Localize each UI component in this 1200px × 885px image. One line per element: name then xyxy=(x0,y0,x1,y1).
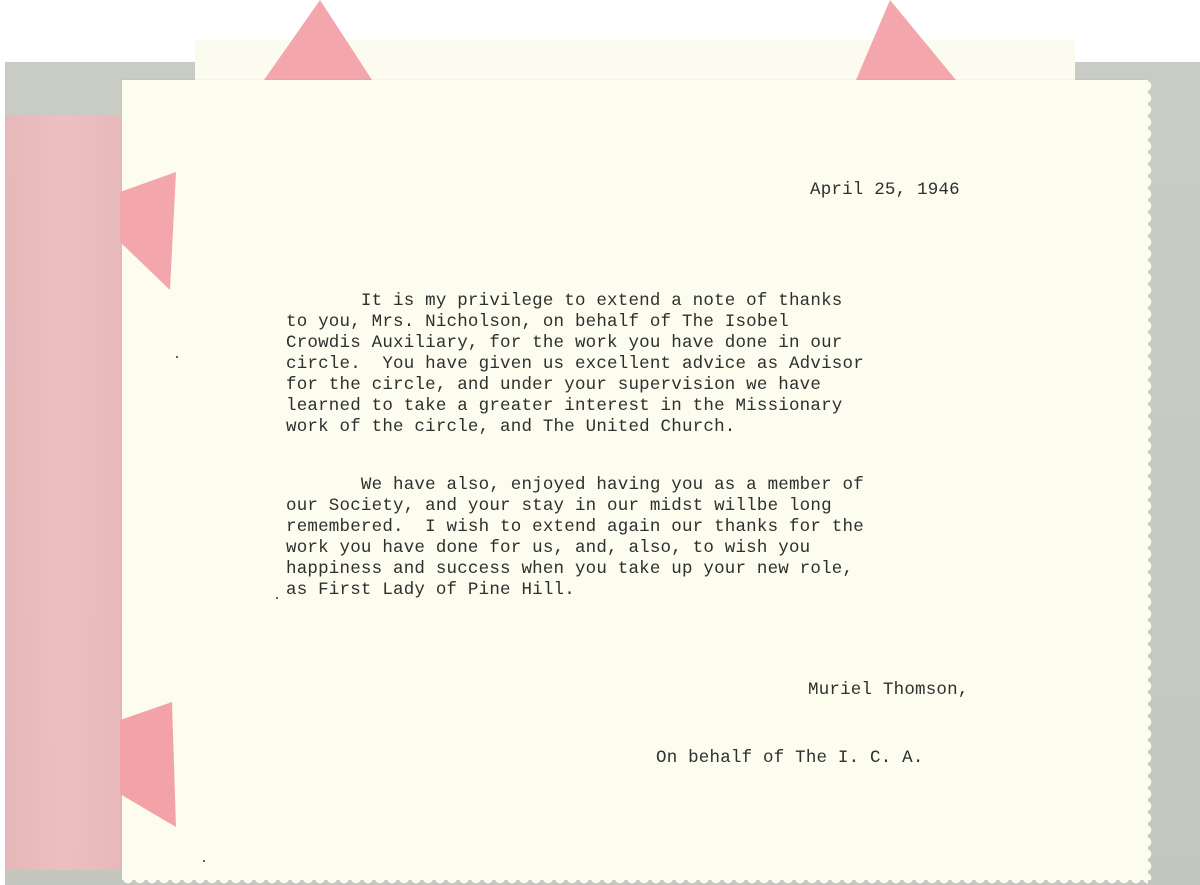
text-line: work of the circle, and The United Churc… xyxy=(286,417,735,437)
paper-speck xyxy=(176,356,178,358)
text-line: work you have done for us, and, also, to… xyxy=(286,538,810,558)
closing-line: On behalf of The I. C. A. xyxy=(656,748,924,768)
paper-speck xyxy=(203,860,205,862)
letter-date: April 25, 1946 xyxy=(810,180,960,200)
text-line: circle. You have given us excellent advi… xyxy=(286,354,864,374)
text-line: to you, Mrs. Nicholson, on behalf of The… xyxy=(286,312,789,332)
text-line: our Society, and your stay in our midst … xyxy=(286,496,832,516)
text-line: It is my privilege to extend a note of t… xyxy=(286,291,843,311)
text-line: happiness and success when you take up y… xyxy=(286,559,853,579)
text-line: as First Lady of Pine Hill. xyxy=(286,580,575,600)
text-line: Crowdis Auxiliary, for the work you have… xyxy=(286,333,843,353)
letter-text: April 25, 1946 It is my privilege to ext… xyxy=(0,0,1200,885)
text-line: for the circle, and under your supervisi… xyxy=(286,375,821,395)
paper-speck xyxy=(276,597,278,599)
text-line: learned to take a greater interest in th… xyxy=(286,396,843,416)
text-line: We have also, enjoyed having you as a me… xyxy=(286,475,864,495)
text-line: remembered. I wish to extend again our t… xyxy=(286,517,864,537)
signature: Muriel Thomson, xyxy=(808,680,969,700)
